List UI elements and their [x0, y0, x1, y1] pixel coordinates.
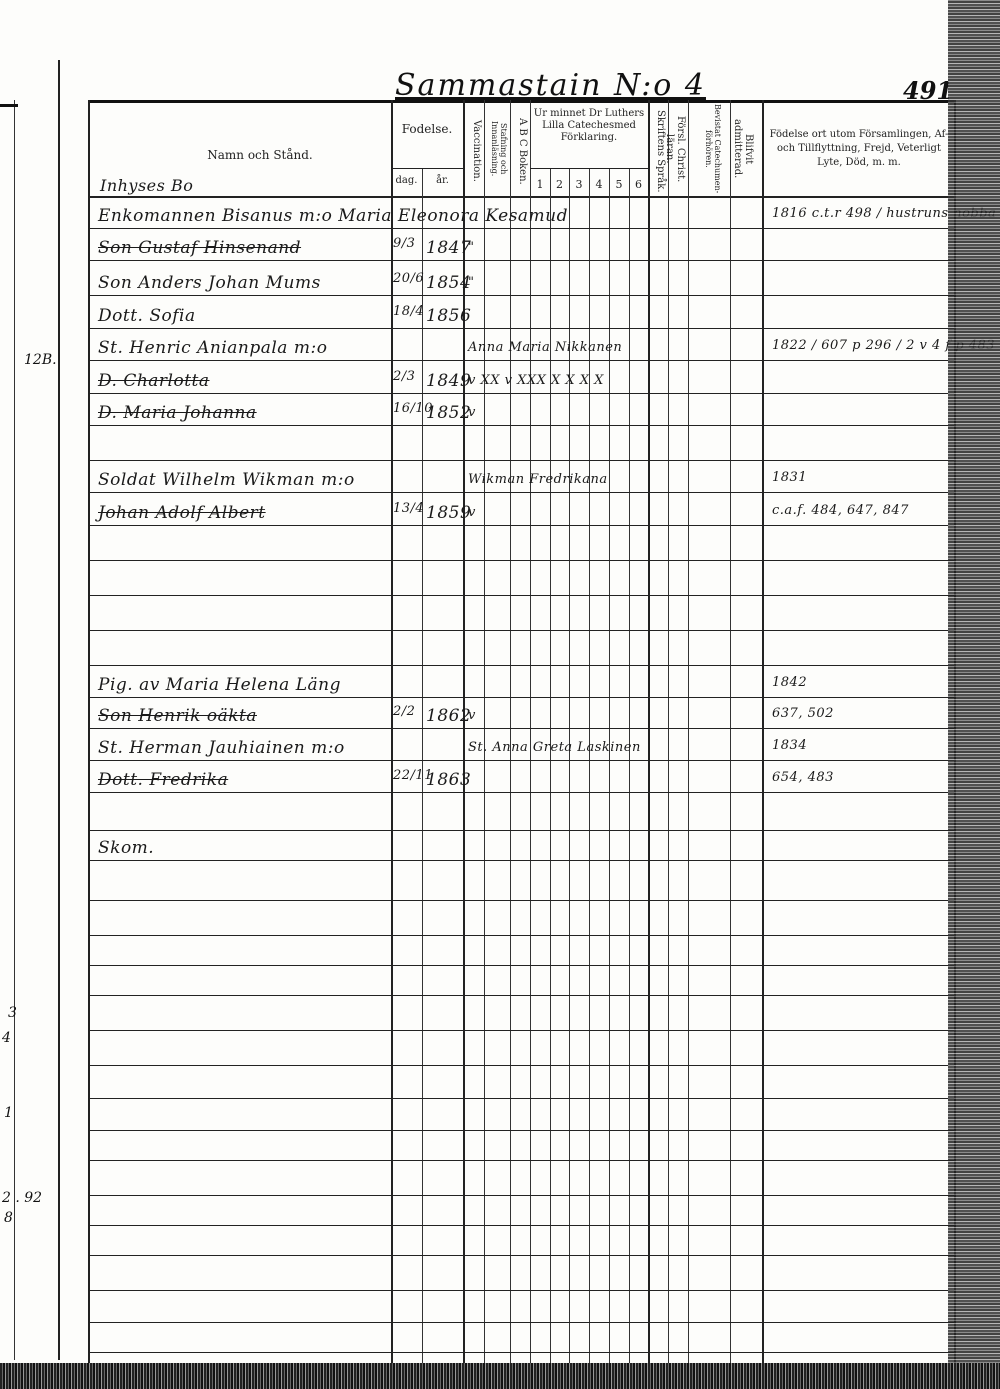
row-birth-year: 1849 — [426, 371, 471, 391]
row-rule — [88, 900, 954, 901]
row-name: Son Anders Johan Mums — [98, 273, 321, 293]
row-name: Son Henrik oäkta — [98, 706, 257, 726]
row-name: St. Herman Jauhiainen m:o — [98, 738, 345, 758]
row-marks: Anna Maria Nikkanen — [468, 340, 622, 355]
row-name: Skom. — [98, 838, 154, 858]
header-notes: Födelse ort utom Församlingen, Af- och T… — [768, 128, 950, 170]
header-catechumen: Bevistat Catechumen-förhören. — [698, 104, 722, 194]
adjacent-page-strip — [0, 0, 90, 1389]
row-rule — [88, 1098, 954, 1099]
col-line-name — [391, 100, 393, 1365]
row-marks: Wikman Fredrikana — [468, 472, 608, 487]
row-rule — [88, 1030, 954, 1031]
row-birth-year: 1852 — [426, 403, 471, 423]
row-birth-day: 2/3 — [393, 369, 415, 384]
row-rule — [88, 965, 954, 966]
row-notes: 1842 — [772, 675, 807, 690]
header-top-rule — [88, 100, 956, 103]
col-line-vacc — [484, 100, 485, 1365]
header-name: Namn och Stånd. — [160, 148, 360, 162]
margin-mark: 12B. — [24, 352, 57, 368]
col-line-cat — [648, 100, 650, 1365]
row-marks: v — [468, 708, 476, 723]
col-line-christ — [688, 100, 689, 1365]
row-rule — [88, 492, 954, 493]
row-notes: 654, 483 — [772, 770, 834, 785]
catechism-part-2: 2 — [550, 178, 569, 192]
row-name: Dott. Sofia — [98, 306, 196, 326]
col-line-catech — [730, 100, 731, 1365]
section-heading: Inhyses Bo — [100, 176, 193, 195]
row-name: Son Gustaf Hinsenand — [98, 238, 301, 258]
row-marks: v XX v XXX X X X X — [468, 373, 604, 388]
adjacent-page-border — [58, 60, 60, 1360]
col-line-comm — [762, 100, 764, 1365]
margin-mark: 2 . 92 — [2, 1190, 42, 1206]
row-birth-day: 2/2 — [393, 704, 415, 719]
margin-mark: 1 — [4, 1105, 13, 1121]
row-birth-year: 1847 — [426, 238, 471, 258]
row-name: Pig. av Maria Helena Läng — [98, 675, 341, 695]
row-rule — [88, 697, 954, 698]
col-line-left — [88, 100, 90, 1365]
col-line-script — [668, 100, 669, 1365]
row-rule — [88, 460, 954, 461]
header-communion: Blifvit admitterad. — [738, 104, 754, 194]
header-birth: Fodelse. — [391, 122, 463, 136]
header-birth-day: dag. — [391, 174, 422, 188]
row-rule — [88, 935, 954, 936]
header-catechism: Ur minnet Dr Luthers Lilla Catechesmed F… — [530, 108, 648, 144]
row-rule — [88, 1195, 954, 1196]
col-line-abc — [530, 100, 531, 1365]
row-rule — [88, 1322, 954, 1323]
header-christian: Försl. Christ. läran. — [670, 104, 686, 194]
row-birth-year: 1862 — [426, 706, 471, 726]
register-page: Sammastain N:o 4 491 Namn och Stånd. Fod… — [0, 0, 1000, 1389]
row-rule — [88, 728, 954, 729]
row-name: St. Henric Anianpala m:o — [98, 338, 327, 358]
margin-mark: 8 — [4, 1210, 13, 1226]
row-notes: 1831 — [772, 470, 807, 485]
row-rule — [88, 1352, 954, 1353]
row-rule — [88, 665, 954, 666]
adjacent-page-rule — [14, 100, 15, 1360]
catechism-part-4: 4 — [589, 178, 609, 192]
header-birth-year: år. — [422, 174, 463, 188]
header-bottom-rule — [88, 196, 956, 198]
row-birth-day: 18/4 — [393, 304, 424, 319]
row-marks: " — [468, 240, 474, 255]
row-rule — [88, 260, 954, 261]
catechism-part-3: 3 — [569, 178, 589, 192]
row-rule — [88, 760, 954, 761]
row-rule — [88, 630, 954, 631]
row-name: Soldat Wilhelm Wikman m:o — [98, 470, 355, 490]
row-rule — [88, 560, 954, 561]
page-title: Sammastain N:o 4 — [395, 68, 706, 103]
row-notes: c.a.f. 484, 647, 847 — [772, 503, 909, 518]
margin-mark: 4 — [2, 1030, 11, 1046]
scan-edge-bottom — [0, 1363, 1000, 1389]
row-birth-day: 20/6 — [393, 271, 424, 286]
col-line-c5 — [629, 168, 630, 1365]
adjacent-top-rule — [0, 104, 18, 107]
row-birth-year: 1854 — [426, 273, 471, 293]
row-rule — [88, 393, 954, 394]
catechism-sub-rule — [530, 168, 648, 169]
row-birth-year: 1859 — [426, 503, 471, 523]
row-name: Dott. Fredrika — [98, 770, 228, 790]
row-rule — [88, 525, 954, 526]
row-birth-day: 9/3 — [393, 236, 415, 251]
row-rule — [88, 1130, 954, 1131]
catechism-part-5: 5 — [609, 178, 629, 192]
row-rule — [88, 792, 954, 793]
catechism-part-1: 1 — [530, 178, 550, 192]
header-reading: Stafning och Innanläsning. — [486, 104, 508, 194]
row-name: D. Charlotta — [98, 371, 210, 391]
row-rule — [88, 425, 954, 426]
scan-edge-right — [948, 0, 1000, 1389]
row-name: Enkomannen Bisanus m:o Maria Eleonora Ke… — [98, 206, 388, 226]
col-line-read — [510, 100, 511, 1365]
col-line-day — [422, 168, 423, 1365]
row-rule — [88, 295, 954, 296]
row-rule — [88, 995, 954, 996]
row-marks: " — [468, 275, 474, 290]
margin-mark: 3 — [8, 1005, 17, 1021]
row-rule — [88, 830, 954, 831]
catechism-part-6: 6 — [629, 178, 648, 192]
header-vaccination: Vaccination. — [466, 108, 482, 194]
header-abc: A B C Boken. — [512, 108, 528, 194]
row-rule — [88, 228, 954, 229]
row-birth-day: 13/4 — [393, 501, 424, 516]
row-rule — [88, 1255, 954, 1256]
row-rule — [88, 860, 954, 861]
row-name: D. Maria Johanna — [98, 403, 257, 423]
row-rule — [88, 595, 954, 596]
row-marks: St. Anna Greta Laskinen — [468, 740, 641, 755]
row-rule — [88, 1225, 954, 1226]
row-rule — [88, 360, 954, 361]
row-rule — [88, 1160, 954, 1161]
row-notes: 1834 — [772, 738, 807, 753]
row-name: Johan Adolf Albert — [98, 503, 266, 523]
birth-sub-rule — [391, 168, 463, 169]
row-marks: v — [468, 505, 476, 520]
row-rule — [88, 1290, 954, 1291]
row-rule — [88, 1065, 954, 1066]
row-birth-year: 1863 — [426, 770, 471, 790]
row-notes: 637, 502 — [772, 706, 834, 721]
row-birth-year: 1856 — [426, 306, 471, 326]
row-rule — [88, 328, 954, 329]
row-marks: v — [468, 405, 476, 420]
